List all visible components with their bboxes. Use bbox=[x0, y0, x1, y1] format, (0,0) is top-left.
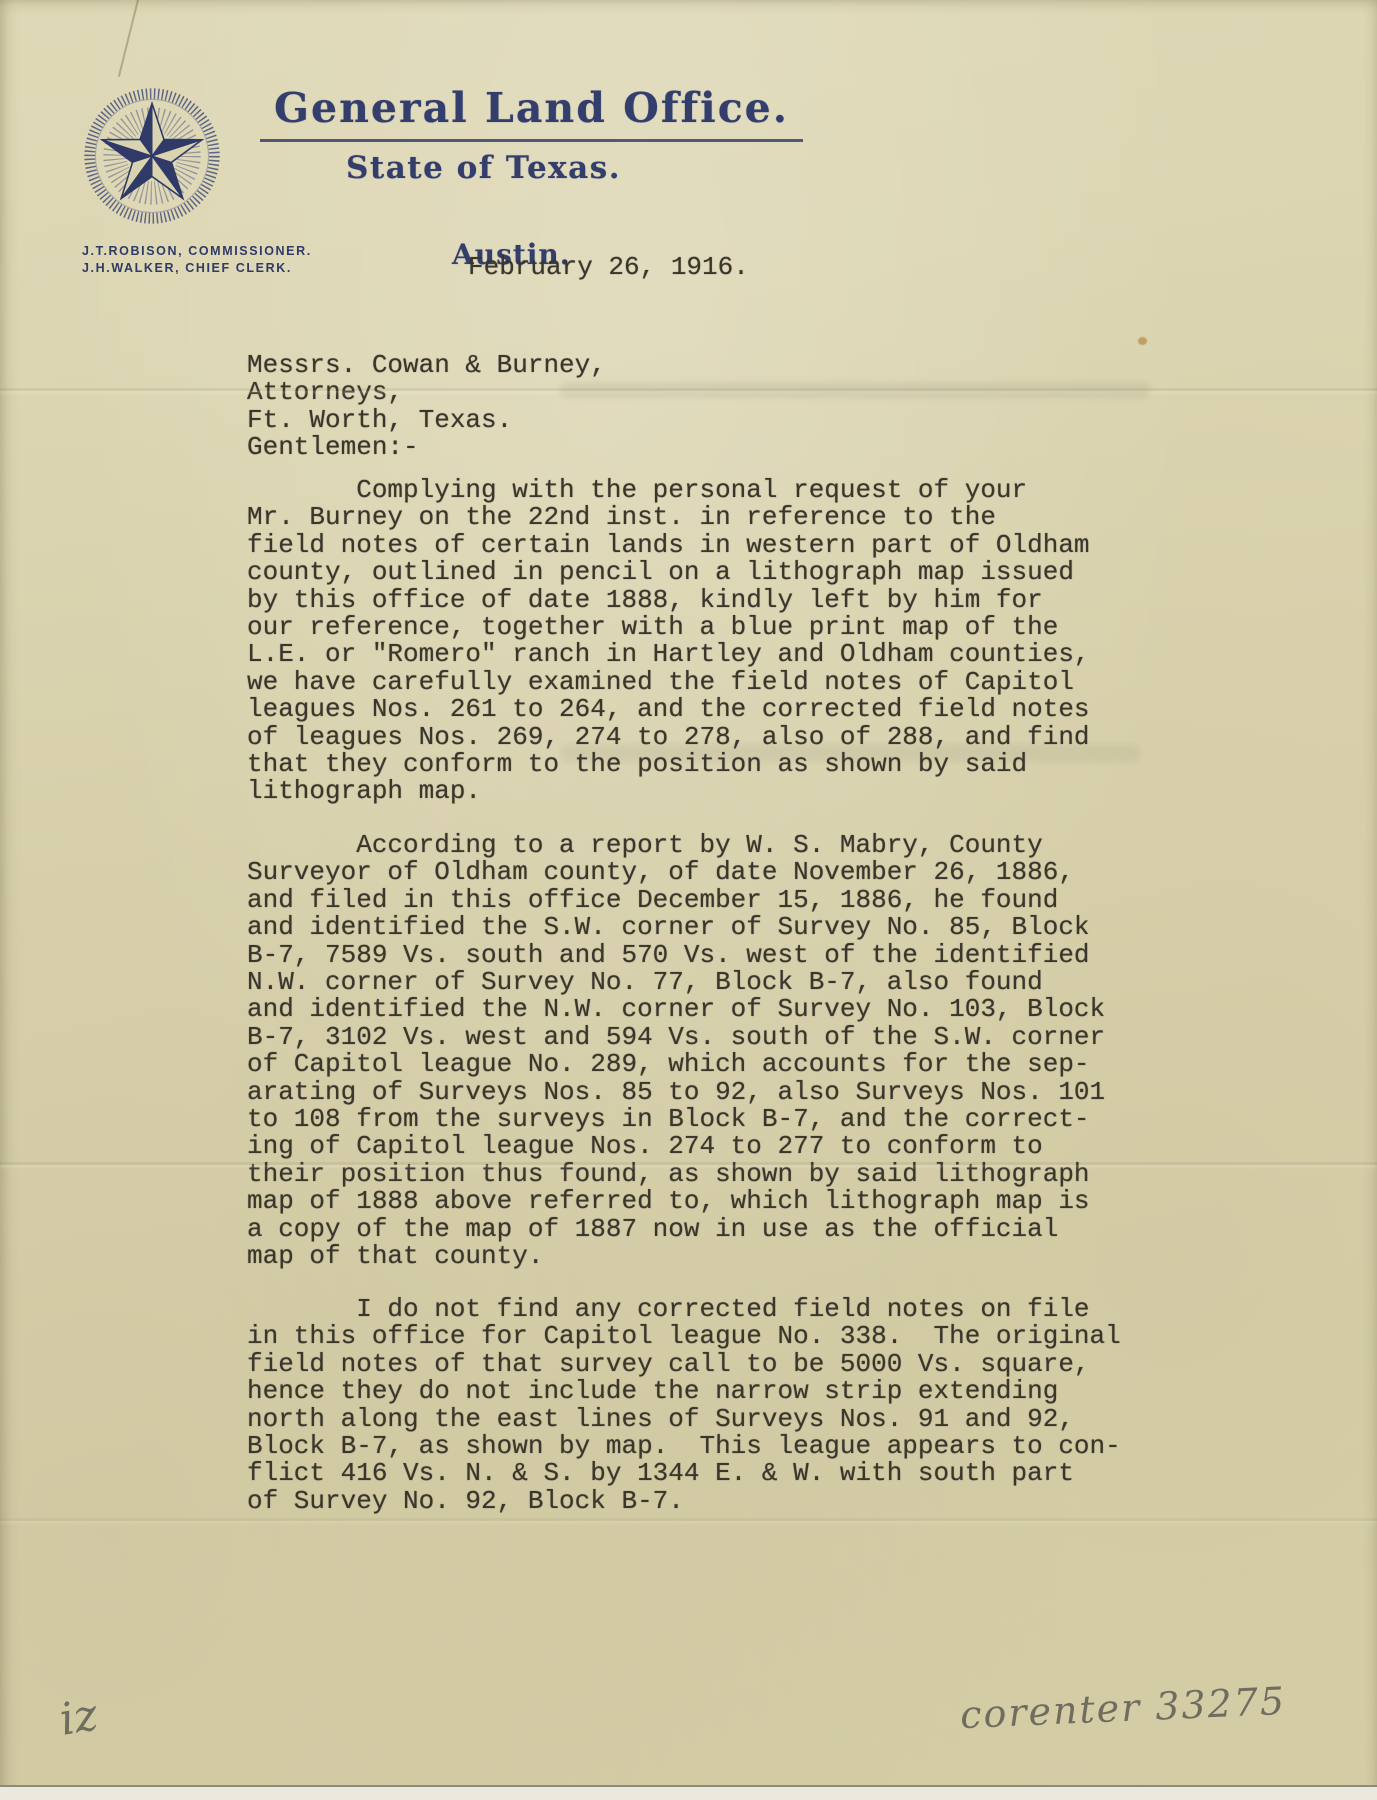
letter-date: February 26, 1916. bbox=[468, 254, 749, 281]
fold-crease-bottom bbox=[0, 1518, 1377, 1521]
paper-bottom-edge bbox=[0, 1785, 1377, 1800]
ink-smudge bbox=[560, 382, 1150, 398]
letterhead-state: State of Texas. bbox=[346, 150, 621, 186]
ink-smudge bbox=[560, 744, 1140, 762]
texas-lone-star-seal-icon bbox=[78, 78, 226, 234]
body-paragraph-2: According to a report by W. S. Mabry, Co… bbox=[247, 832, 1105, 1271]
pencil-initials: iz bbox=[56, 1689, 102, 1746]
letter-page: General Land Office. State of Texas. Aus… bbox=[0, 0, 1377, 1800]
body-paragraph-3: I do not find any corrected field notes … bbox=[247, 1296, 1121, 1515]
corner-crease bbox=[118, 0, 140, 77]
letterhead-officials: J.T.ROBISON, COMMISSIONER. J.H.WALKER, C… bbox=[82, 243, 312, 276]
official-commissioner: J.T.ROBISON, COMMISSIONER. bbox=[82, 243, 312, 260]
official-chief-clerk: J.H.WALKER, CHIEF CLERK. bbox=[82, 260, 312, 277]
recipient-address-block: Messrs. Cowan & Burney, Attorneys, Ft. W… bbox=[247, 352, 606, 462]
fold-crease-middle bbox=[0, 1162, 1377, 1165]
pencil-file-number: corenter 33275 bbox=[959, 1679, 1287, 1737]
paper-stain bbox=[1138, 337, 1147, 345]
letterhead-office-title: General Land Office. bbox=[260, 84, 803, 142]
